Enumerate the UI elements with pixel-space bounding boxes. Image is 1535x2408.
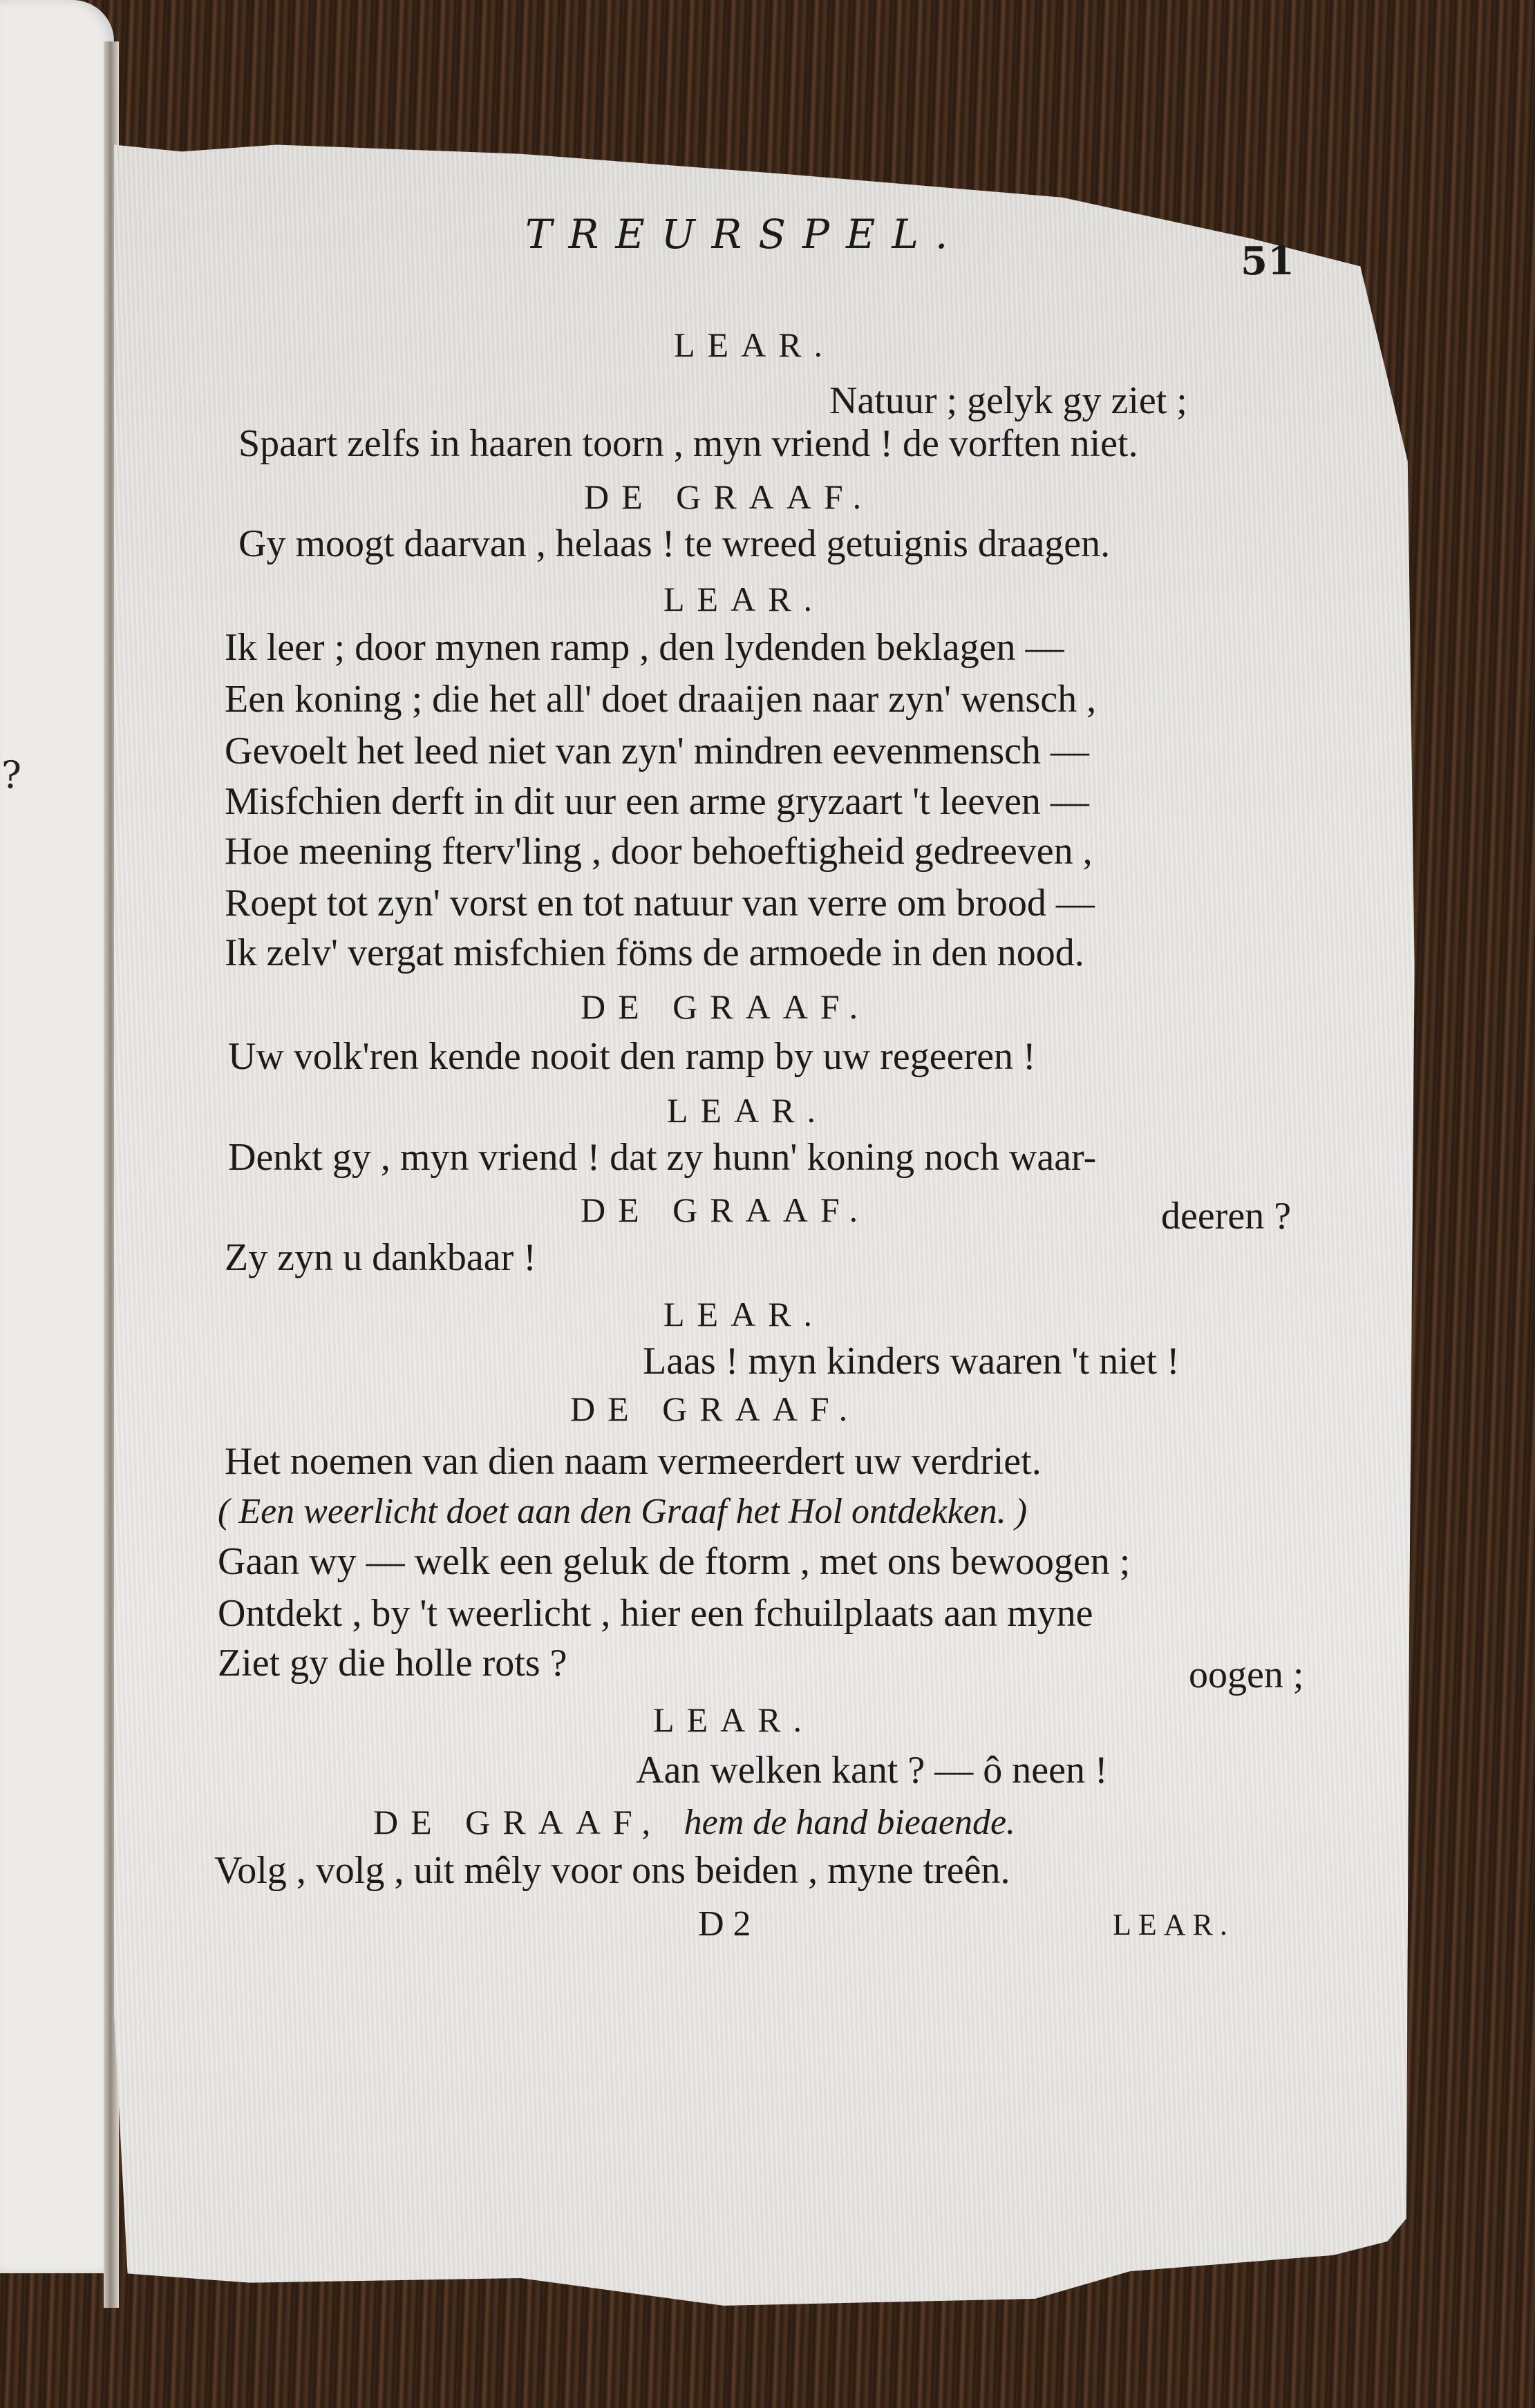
stage-direction: hem de hand bieaende. xyxy=(684,1803,1015,1842)
verse-line: Roept tot zyn' vorst en tot natuur van v… xyxy=(225,881,1095,925)
speaker-lear: LEAR. xyxy=(674,325,835,365)
verse-line: Natuur ; gelyk gy ziet ; xyxy=(829,379,1187,423)
verse-line: Misfchien derft in dit uur een arme gryz… xyxy=(225,779,1089,824)
verse-line: Spaart zelfs in haaren toorn , myn vrien… xyxy=(238,421,1138,466)
verse-line: Hoe meening fterv'ling , door behoeftigh… xyxy=(225,829,1093,873)
page-text: TREURSPEL. 51 LEAR. Natuur ; gelyk gy zi… xyxy=(0,0,1535,2408)
verse-turnover: deeren ? xyxy=(1161,1194,1291,1238)
speaker-name: DE GRAAF, xyxy=(373,1803,663,1841)
speaker-lear: LEAR. xyxy=(663,1294,825,1334)
running-head: TREURSPEL. xyxy=(525,211,964,258)
speaker-lear: LEAR. xyxy=(667,1090,828,1130)
speaker-de-graaf: DE GRAAF. xyxy=(581,987,870,1027)
stage-direction: ( Een weerlicht doet aan den Graaf het H… xyxy=(218,1491,1027,1532)
speaker-de-graaf: DE GRAAF. xyxy=(570,1389,860,1429)
verse-line: Gy moogt daarvan , helaas ! te wreed get… xyxy=(238,522,1110,566)
verse-line: Het noemen van dien naam vermeerdert uw … xyxy=(225,1439,1042,1483)
verse-line: Ziet gy die holle rots ? xyxy=(218,1641,567,1685)
verse-line: Gevoelt het leed niet van zyn' mindren e… xyxy=(225,729,1089,773)
speaker-de-graaf: DE GRAAF. xyxy=(581,1190,870,1230)
page-number: 51 xyxy=(1241,238,1294,284)
verse-line: Zy zyn u dankbaar ! xyxy=(225,1235,536,1280)
verse-line: Gaan wy — welk een geluk de ftorm , met … xyxy=(218,1539,1130,1584)
verse-line: Ik leer ; door mynen ramp , den lydenden… xyxy=(225,625,1064,670)
signature-mark: D 2 xyxy=(698,1904,751,1944)
verse-line: Een koning ; die het all' doet draaijen … xyxy=(225,677,1096,721)
verse-line: Aan welken kant ? — ô neen ! xyxy=(636,1748,1108,1792)
catchword: LEAR. xyxy=(1113,1907,1234,1942)
speaker-de-graaf: DE GRAAF. xyxy=(584,477,874,517)
verse-turnover: oogen ; xyxy=(1189,1653,1303,1697)
speaker-lear: LEAR. xyxy=(663,579,825,619)
verse-line: Uw volk'ren kende nooit den ramp by uw r… xyxy=(228,1034,1036,1079)
verse-line: Ik zelv' vergat misfchien föms de armoed… xyxy=(225,931,1084,975)
verse-line: Volg , volg , uit mêly voor ons beiden ,… xyxy=(214,1848,1010,1893)
speaker-de-graaf: DE GRAAF, hem de hand bieaende. xyxy=(373,1802,1015,1843)
verse-line: Laas ! myn kinders waaren 't niet ! xyxy=(643,1339,1180,1383)
verse-line: Ontdekt , by 't weerlicht , hier een fch… xyxy=(218,1591,1093,1636)
speaker-lear: LEAR. xyxy=(653,1700,814,1740)
verse-line: Denkt gy , myn vriend ! dat zy hunn' kon… xyxy=(228,1135,1096,1179)
